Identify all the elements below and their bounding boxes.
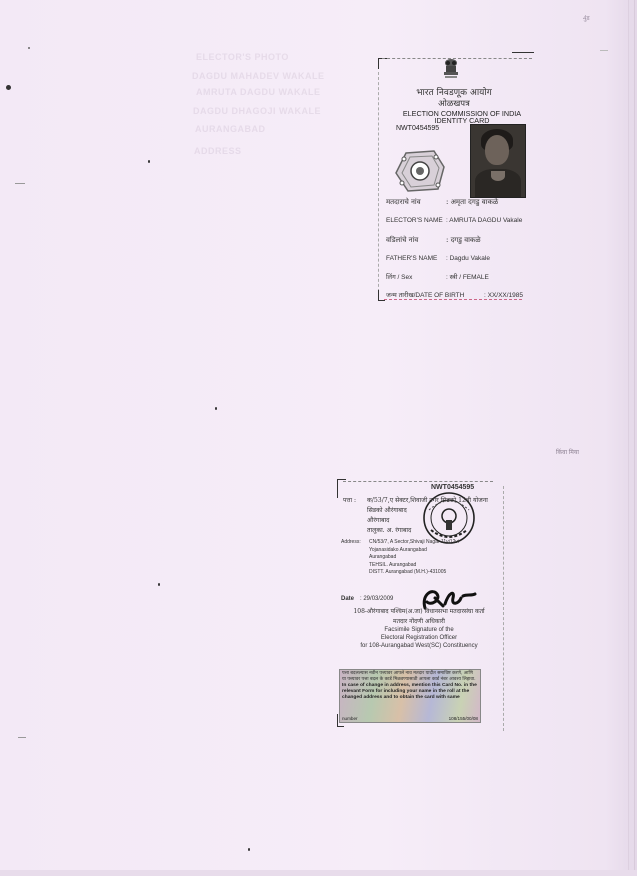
field-row-father-hindi: वडिलांचे नांव: दगडु वाकळे — [386, 236, 481, 245]
hindi-title: भारत निवडणूक आयोग — [378, 85, 530, 98]
hindi-address-line: क/53/7,ए सेक्टर,शिवाजी नगर सिडको 12वी यो… — [367, 495, 488, 504]
date-label: Date — [341, 596, 354, 602]
ghost-text: ADDRESS — [194, 146, 242, 156]
officer-hindi-line: 108-औरंगाबाद पश्चिम(अ.जा) विधानसभा मतदार… — [335, 607, 503, 615]
voter-id-card-front: भारत निवडणूक आयोग ओळखपत्र ELECTION COMMI… — [378, 52, 530, 304]
scan-mark — [600, 50, 608, 51]
title-line-2: IDENTITY CARD — [378, 117, 546, 124]
field-row-sex: लिंग / Sex: स्त्री / FEMALE — [386, 272, 489, 281]
address-line: Yojanasidako Aurangabad — [369, 547, 427, 553]
ghost-text: ELECTOR'S PHOTO — [196, 52, 289, 62]
officer-caption: Facsimile Signature of the — [335, 627, 503, 633]
corner-note: 4ुंड — [583, 14, 590, 22]
date-value: : 29/03/2009 — [360, 596, 393, 602]
scan-mark — [15, 183, 25, 184]
scan-mark — [18, 737, 26, 738]
field-value: : Dagdu Vakale — [446, 255, 490, 262]
officer-hindi-line: मतदार नोंदणी अधिकारी — [335, 617, 503, 625]
serial-number: 108/155/00/08 — [449, 716, 478, 721]
hindi-address-label: पत्ता : — [343, 496, 356, 504]
field-value: : दगडु वाकळे — [446, 236, 481, 244]
field-row-father: FATHER'S NAME: Dagdu Vakale — [386, 255, 490, 262]
ashoka-emblem-icon — [440, 57, 462, 81]
speck — [248, 848, 250, 851]
notice-footer-left: number — [342, 716, 358, 721]
speck — [28, 47, 30, 49]
speck — [158, 583, 160, 586]
field-label: मतदाराचे नांव — [386, 198, 446, 207]
hologram-seal-icon — [394, 149, 446, 193]
page-edge — [634, 0, 635, 876]
crop-mark — [378, 58, 387, 69]
field-row-name-hindi: मतदाराचे नांव: अमृता दगडु वाकळे — [386, 198, 498, 207]
officer-caption: Electoral Registration Officer — [335, 635, 503, 641]
address-line: Aurangabad — [369, 554, 396, 560]
speck — [215, 407, 217, 410]
speck — [148, 160, 150, 163]
card-border — [343, 481, 493, 482]
voter-id-card-back: NWT0454595 पत्ता : क/53/7,ए सेक्टर,शिवाज… — [335, 476, 505, 736]
field-value: : स्त्री / FEMALE — [446, 274, 489, 281]
field-label: लिंग / Sex — [386, 272, 446, 281]
notice-hindi: पत्ता बदलल्यास नवीन पत्त्यावर आपले नाव म… — [342, 671, 478, 683]
hindi-address-line: तालुका. अ. रंगाबाद — [367, 525, 411, 534]
field-value: : AMRUTA DAGDU Vakale — [446, 217, 522, 224]
address-label: Address: — [341, 539, 361, 545]
ghost-text: DAGDU DHAGOJI WAKALE — [193, 106, 321, 116]
card-border — [503, 486, 504, 731]
card-border — [384, 299, 522, 300]
page-bottom-edge — [0, 870, 637, 876]
issue-date: Date: 29/03/2009 — [341, 596, 393, 602]
page-edge — [628, 0, 629, 876]
card-title: ELECTION COMMISSION OF INDIA IDENTITY CA… — [378, 110, 546, 124]
hole-punch-mark — [6, 85, 11, 90]
field-label: वडिलांचे नांव — [386, 236, 446, 245]
notice-english: In case of change in address, mention th… — [342, 683, 478, 701]
hindi-address-line: औरंगाबाद — [367, 515, 389, 524]
field-label: ELECTOR'S NAME — [386, 217, 446, 224]
hindi-address-line: सिडको औरंगाबाद — [367, 505, 407, 514]
field-row-dob: जन्म तारीख/DATE OF BIRTH: XX/XX/1985 — [386, 290, 523, 299]
field-label: FATHER'S NAME — [386, 255, 446, 262]
crop-mark — [512, 52, 534, 53]
field-label: जन्म तारीख/DATE OF BIRTH — [386, 290, 484, 299]
ghost-text: DAGDU MAHADEV WAKALE — [192, 71, 325, 81]
address-line: TEHSIL. Aurangabad — [369, 562, 416, 568]
ghost-text: AMRUTA DAGDU WAKALE — [196, 87, 321, 97]
margin-note: किंवा मिया — [556, 448, 579, 456]
address-line: CN/53/7, A Sector,Shivaji Nagar 11vi12vi — [369, 539, 459, 545]
field-value: : अमृता दगडु वाकळे — [446, 198, 498, 206]
hindi-subtitle: ओळखपत्र — [378, 98, 530, 109]
field-row-name: ELECTOR'S NAME: AMRUTA DAGDU Vakale — [386, 217, 522, 224]
field-value: : XX/XX/1985 — [484, 292, 523, 299]
address-line: DISTT. Aurangabad (M.H.)-431005 — [369, 569, 446, 575]
elector-photo — [470, 124, 526, 198]
epic-number: NWT0454595 — [396, 125, 439, 132]
address-change-notice: पत्ता बदलल्यास नवीन पत्त्यावर आपले नाव म… — [339, 669, 481, 723]
officer-caption: for 108-Aurangabad West(SC) Constituency — [335, 643, 503, 649]
crop-mark — [337, 714, 344, 727]
notice-footer: number 108/155/00/08 — [342, 716, 478, 721]
ghost-text: AURANGABAD — [195, 124, 266, 134]
